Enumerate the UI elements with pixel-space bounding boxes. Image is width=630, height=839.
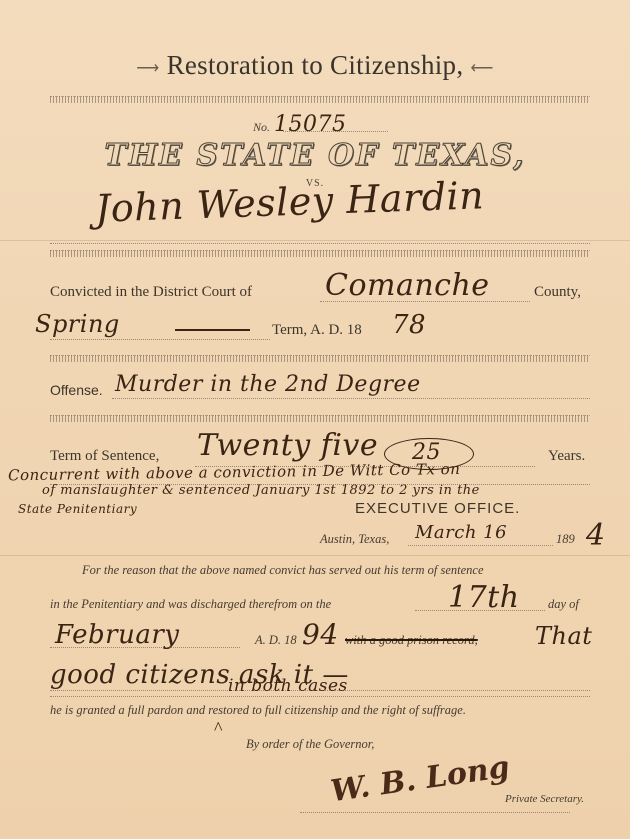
arrow-ornament-left-icon: ⟶ bbox=[136, 60, 159, 77]
place-label: Austin, Texas, bbox=[320, 532, 389, 547]
secretary-signature: W. B. Long bbox=[328, 750, 511, 810]
reason-line-2: in the Penitentiary and was discharged t… bbox=[50, 597, 331, 612]
state-heading: THE STATE OF TEXAS, bbox=[0, 138, 630, 173]
number-value: 15075 bbox=[274, 112, 347, 137]
arrow-ornament-right-icon: ⟵ bbox=[470, 60, 493, 77]
reason-line-1: For the reason that the above named conv… bbox=[82, 563, 484, 578]
year-value: 4 bbox=[586, 518, 606, 553]
struck-prison-record-text: with a good prison record, bbox=[345, 633, 478, 648]
sentence-words: Twenty five bbox=[197, 428, 378, 463]
discharge-year: 94 bbox=[302, 618, 339, 651]
title-text: Restoration to Citizenship, bbox=[167, 50, 464, 80]
document-number: No. 15075 bbox=[253, 112, 347, 137]
term-season: Spring bbox=[35, 310, 120, 338]
discharge-day: 17th bbox=[448, 580, 520, 615]
ad-label: A. D. 18 bbox=[255, 633, 297, 648]
day-of-label: day of bbox=[548, 597, 579, 612]
discharge-month: February bbox=[55, 620, 179, 650]
county-value: Comanche bbox=[325, 268, 490, 303]
executive-office-heading: EXECUTIVE OFFICE. bbox=[355, 500, 520, 517]
offense-label: Offense. bbox=[50, 382, 103, 398]
pardon-text: he is granted a full pardon and restored… bbox=[50, 703, 466, 718]
concurrent-note-line-3: State Penitentiary bbox=[18, 502, 137, 516]
concurrent-note-line-2: of manslaughter & sentenced January 1st … bbox=[42, 483, 480, 498]
term-label: Term, A. D. 18 bbox=[272, 322, 362, 339]
convicted-label: Convicted in the District Court of bbox=[50, 284, 252, 301]
order-label: By order of the Governor, bbox=[246, 737, 374, 752]
county-label: County, bbox=[534, 284, 581, 301]
ornamental-rule bbox=[50, 96, 590, 103]
added-text-that: That bbox=[535, 622, 592, 650]
offense-value: Murder in the 2nd Degree bbox=[115, 372, 421, 397]
year-label: 189 bbox=[556, 532, 575, 547]
number-label: No. bbox=[253, 120, 270, 134]
document-title: ⟶ Restoration to Citizenship, ⟵ bbox=[0, 50, 630, 81]
sentence-label: Term of Sentence, bbox=[50, 448, 159, 465]
term-year: 78 bbox=[392, 310, 426, 340]
insertion-text: in both cases bbox=[228, 676, 348, 696]
caret-insertion-icon: ^ bbox=[214, 718, 222, 739]
handwritten-dash bbox=[175, 329, 250, 331]
secretary-label: Private Secretary. bbox=[505, 793, 584, 805]
date-value: March 16 bbox=[415, 522, 507, 543]
